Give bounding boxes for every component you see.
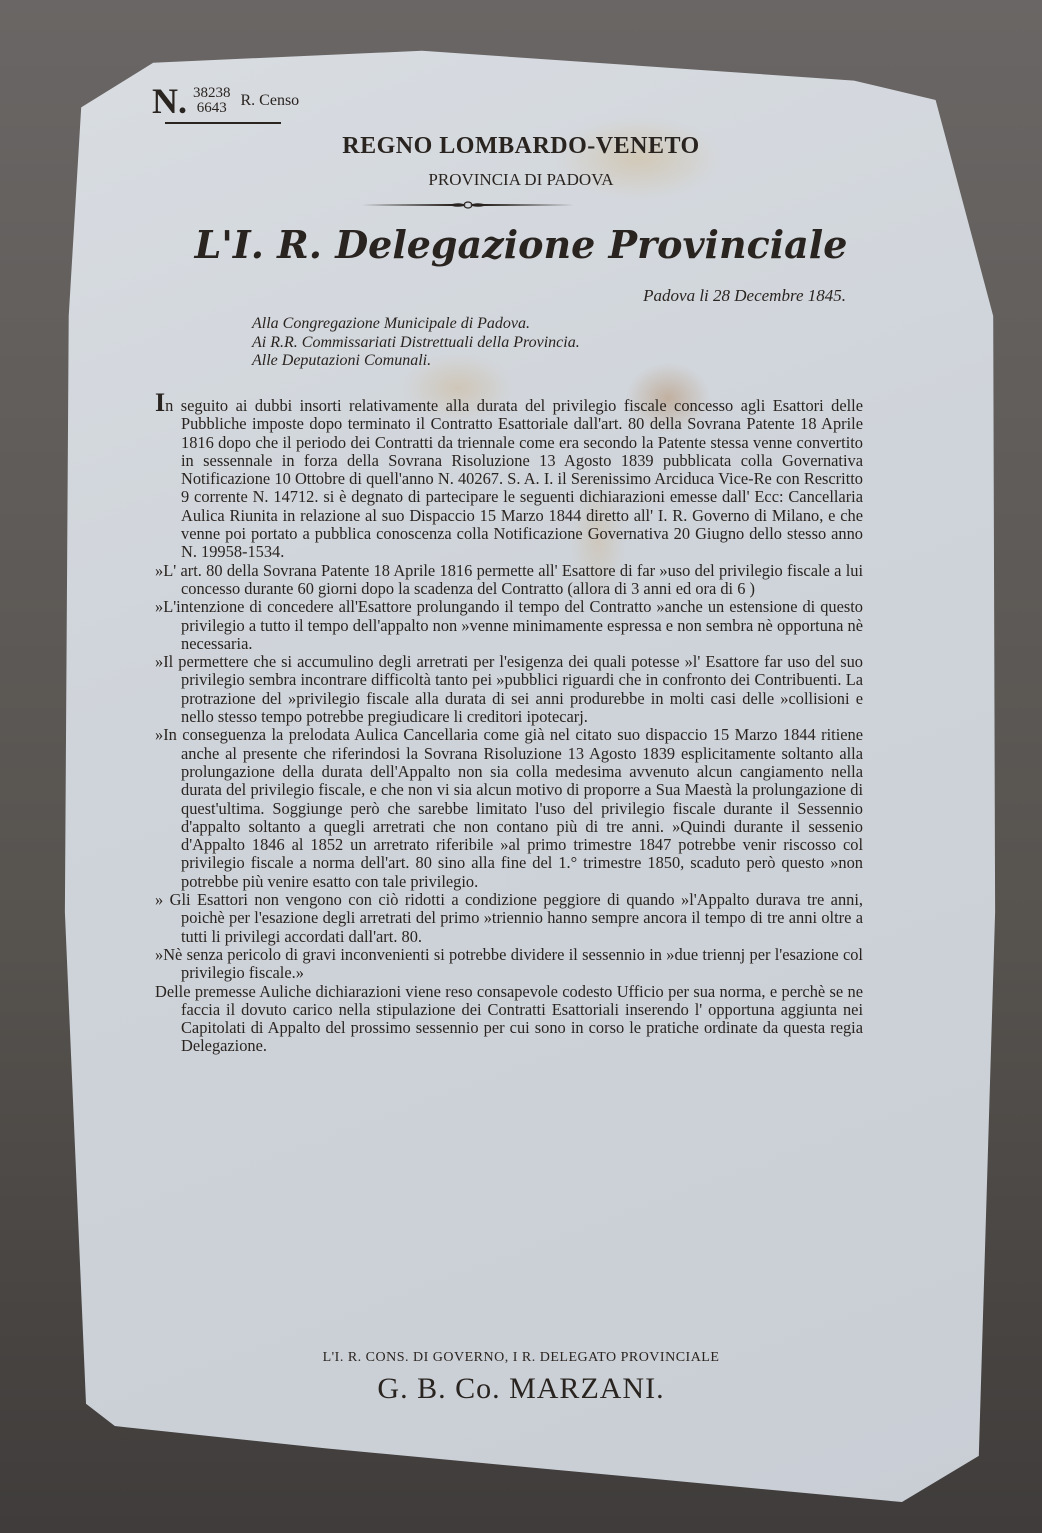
paragraph-text: »Il permettere che si accumulino degli a… bbox=[155, 652, 863, 726]
signatory-title: L'I. R. CONS. DI GOVERNO, I R. DELEGATO … bbox=[0, 1350, 1042, 1366]
addressee-list: Alla Congregazione Municipale di Padova.… bbox=[252, 315, 580, 371]
paragraph-text: »L' art. 80 della Sovrana Patente 18 Apr… bbox=[155, 561, 863, 598]
ornamental-divider bbox=[362, 200, 574, 210]
reference-denominator: 6643 bbox=[193, 101, 231, 116]
paragraph-text: »L'intenzione di concedere all'Esattore … bbox=[155, 597, 863, 653]
paragraph-text: n seguito ai dubbi insorti relativamente… bbox=[165, 396, 863, 561]
body-paragraph: In seguito ai dubbi insorti relativament… bbox=[155, 394, 863, 562]
body-paragraph: »L' art. 80 della Sovrana Patente 18 Apr… bbox=[155, 562, 863, 599]
document: N. 38238 6643 R. Censo REGNO LOMBARDO-VE… bbox=[0, 0, 1042, 1533]
kingdom-heading: REGNO LOMBARDO-VENETO bbox=[0, 133, 1042, 160]
reference-prefix: N. bbox=[152, 80, 187, 122]
reference-fraction: 38238 6643 bbox=[193, 86, 231, 116]
body-paragraph: »Il permettere che si accumulino degli a… bbox=[155, 653, 863, 726]
paragraph-text: » Gli Esattori non vengono con ciò ridot… bbox=[155, 890, 863, 946]
body-paragraph: »L'intenzione di concedere all'Esattore … bbox=[155, 598, 863, 653]
body-paragraph: »Nè senza pericolo di gravi inconvenient… bbox=[155, 946, 863, 983]
addressee-item: Alla Congregazione Municipale di Padova. bbox=[252, 315, 580, 334]
signatory-name: G. B. Co. MARZANI. bbox=[0, 1372, 1042, 1406]
drop-cap: I bbox=[155, 388, 165, 417]
paragraph-text: »In conseguenza la prelodata Aulica Canc… bbox=[155, 725, 863, 890]
divider-short bbox=[165, 122, 281, 124]
reference-office: R. Censo bbox=[241, 92, 300, 110]
paragraph-text: »Nè senza pericolo di gravi inconvenient… bbox=[155, 945, 863, 982]
body-paragraph: »In conseguenza la prelodata Aulica Canc… bbox=[155, 726, 863, 891]
body-text: In seguito ai dubbi insorti relativament… bbox=[155, 394, 863, 1056]
reference-numerator: 38238 bbox=[193, 86, 231, 101]
document-date: Padova li 28 Decembre 1845. bbox=[643, 286, 846, 306]
body-paragraph: » Gli Esattori non vengono con ciò ridot… bbox=[155, 891, 863, 946]
addressee-item: Ai R.R. Commissariati Distrettuali della… bbox=[252, 334, 580, 353]
province-heading: PROVINCIA DI PADOVA bbox=[0, 170, 1042, 190]
body-paragraph: Delle premesse Auliche dichiarazioni vie… bbox=[155, 983, 863, 1056]
addressee-item: Alle Deputazioni Comunali. bbox=[252, 352, 580, 371]
document-title: L'I. R. Delegazione Provinciale bbox=[0, 222, 1042, 267]
paragraph-text: Delle premesse Auliche dichiarazioni vie… bbox=[155, 982, 863, 1056]
reference-number: N. 38238 6643 R. Censo bbox=[152, 80, 299, 122]
